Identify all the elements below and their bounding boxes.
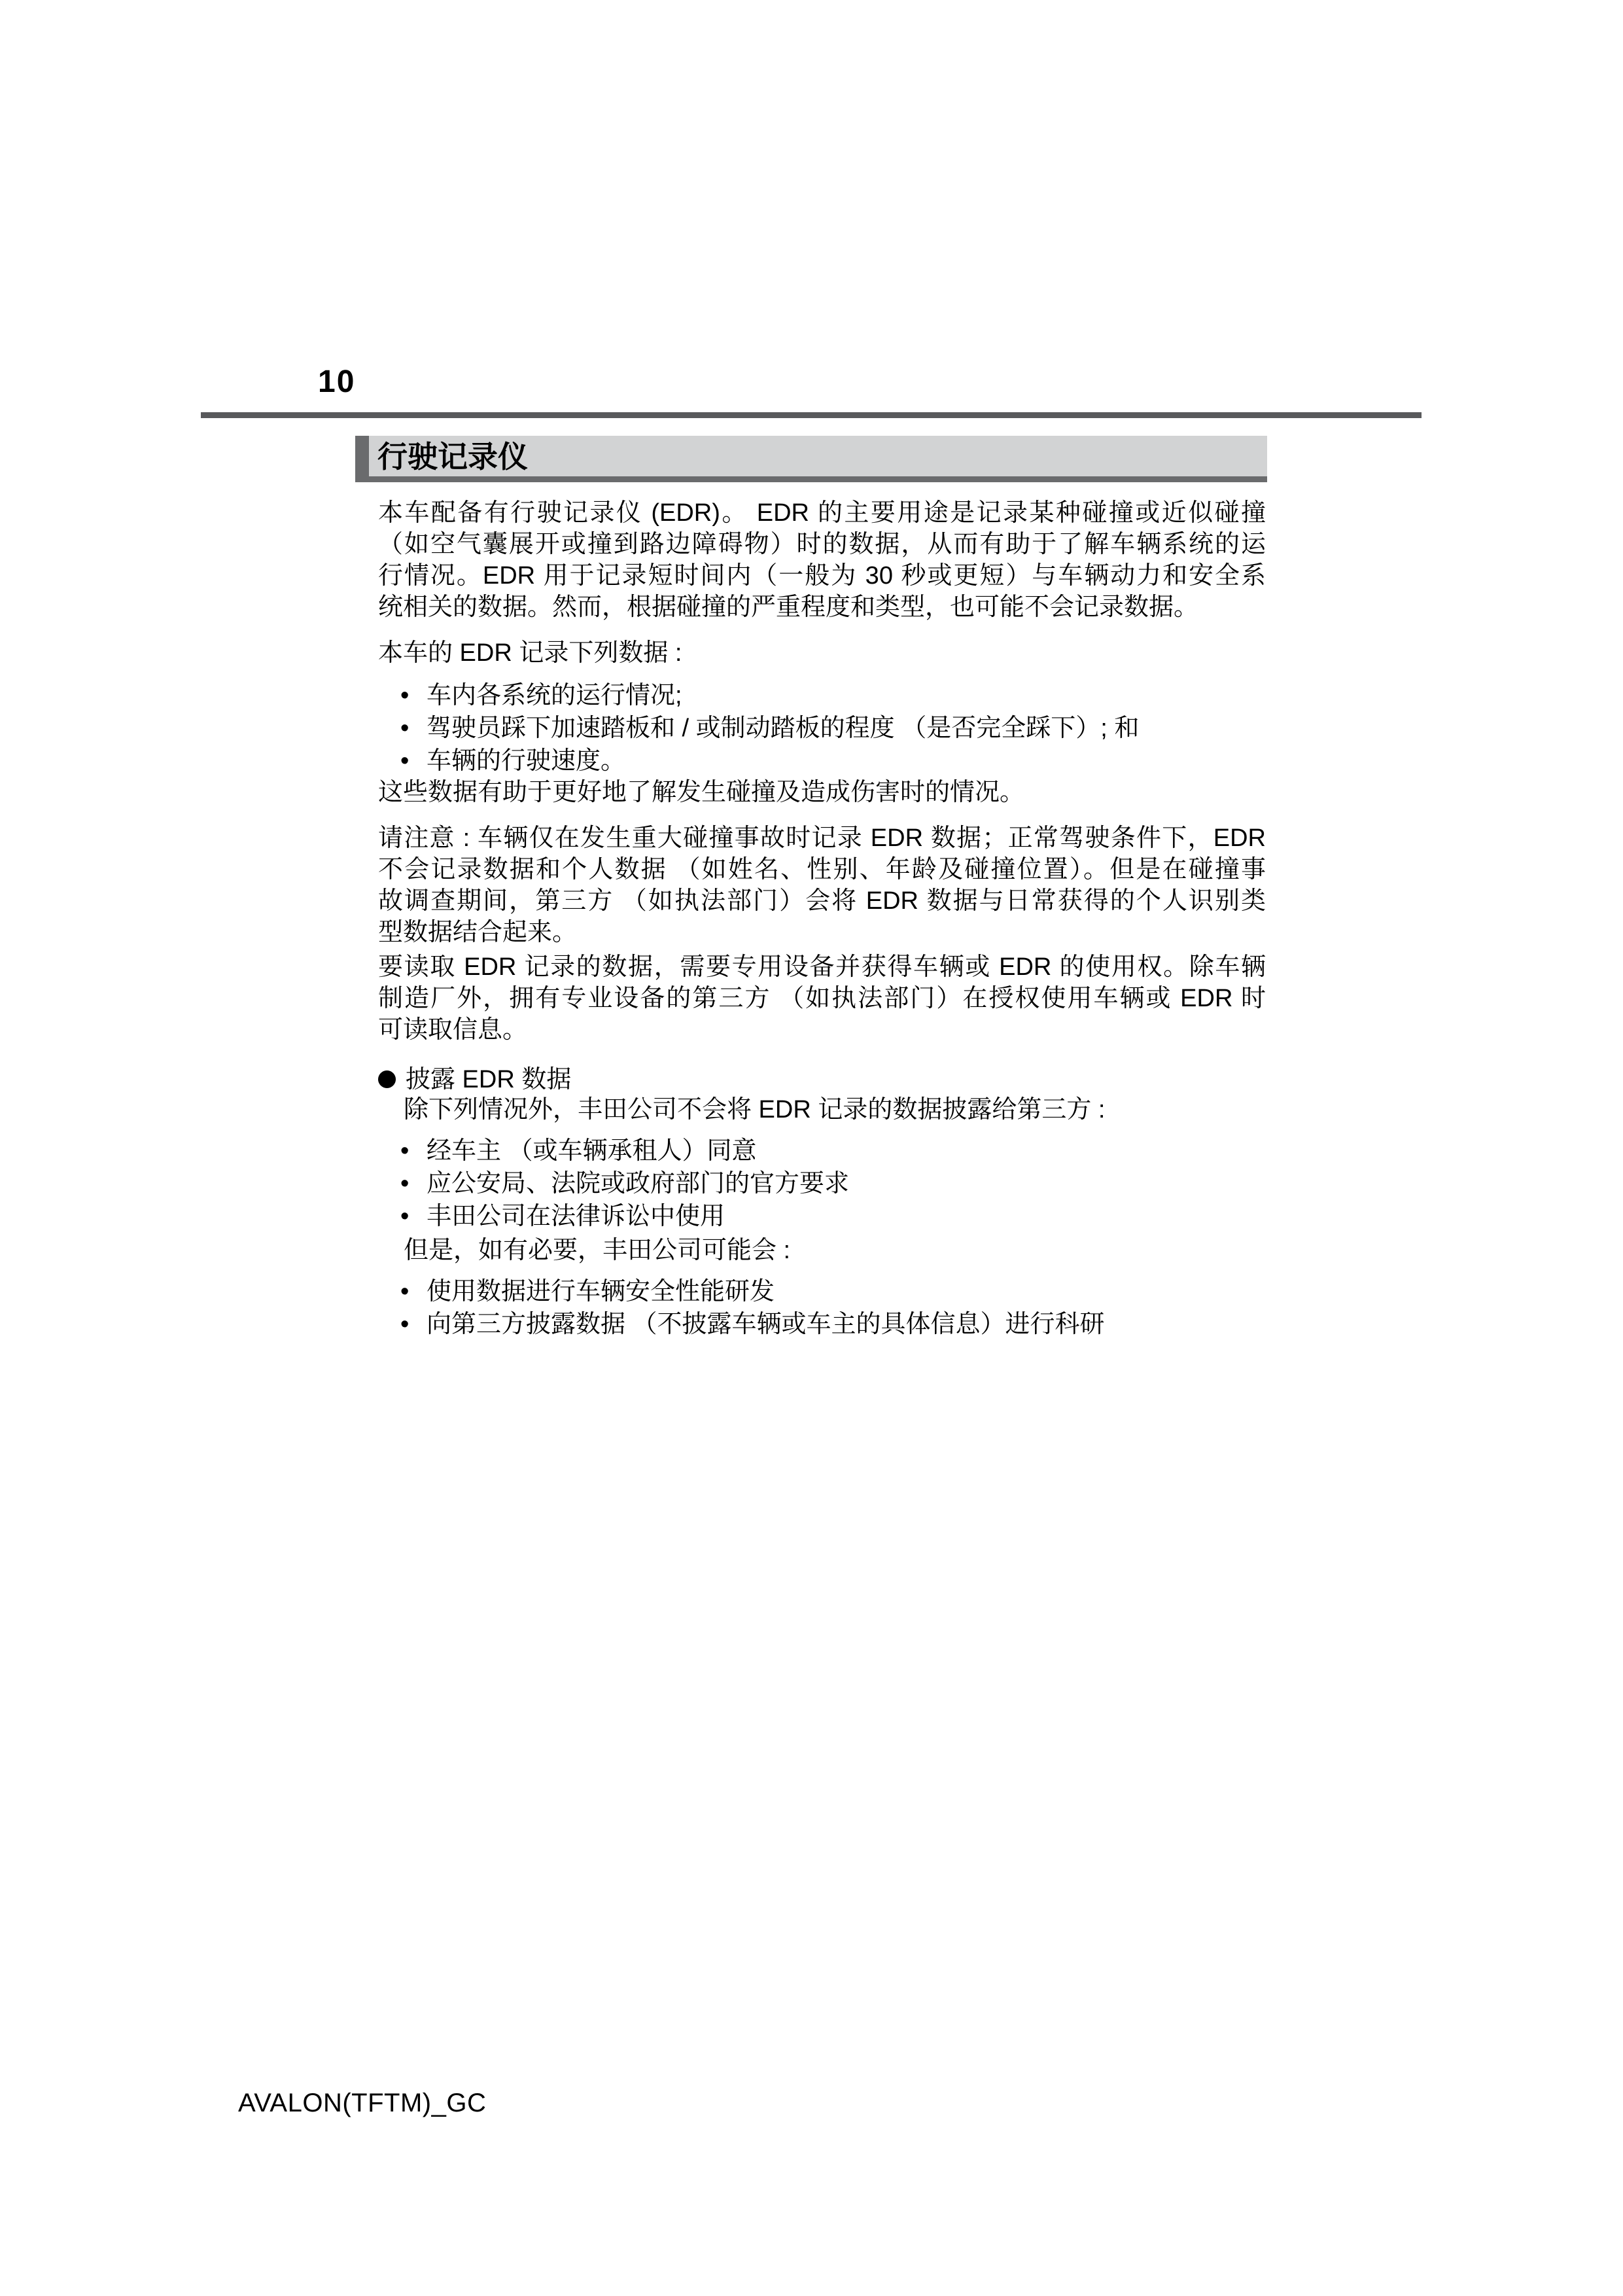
text-line: 制造厂外，拥有专业设备的第三方 （如执法部门）在授权使用车辆或 EDR 时 [378,983,1266,1014]
list-item: •车辆的行驶速度。 [378,745,1266,777]
section-header-accent-bar [355,436,369,482]
bullet-icon: • [400,1135,409,1167]
access-paragraph: 要读取 EDR 记录的数据，需要专用设备并获得车辆或 EDR 的使用权。除车辆制… [378,951,1266,1046]
disclosure-title: 披露 EDR 数据 [406,1064,1266,1096]
text-line: 但是，如有必要，丰田公司可能会 : [404,1235,1266,1266]
bullet-icon: • [400,1308,409,1341]
text-line: 除下列情况外，丰田公司不会将 EDR 记录的数据披露给第三方 : [404,1094,1266,1125]
list-item: •驾驶员踩下加速踏板和 / 或制动踏板的程度 （是否完全踩下）; 和 [378,712,1266,745]
manual-page: 10 行驶记录仪 本车配备有行驶记录仪 (EDR)。 EDR 的主要用途是记录某… [0,0,1623,2296]
list-item-text: 车辆的行驶速度。 [427,747,625,775]
bullet-icon: • [400,745,409,777]
bullet-icon: • [400,1275,409,1308]
bullet-icon: • [400,1200,409,1233]
text-line: （如空气囊展开或撞到路边障碍物）时的数据，从而有助于了解车辆系统的运 [378,529,1266,560]
record-list: •车内各系统的运行情况;•驾驶员踩下加速踏板和 / 或制动踏板的程度 （是否完全… [378,679,1266,777]
disclosure-intro: 除下列情况外，丰田公司不会将 EDR 记录的数据披露给第三方 : [404,1094,1266,1125]
disclosure-header: 披露 EDR 数据 [378,1064,1266,1096]
text-line: 要读取 EDR 记录的数据，需要专用设备并获得车辆或 EDR 的使用权。除车辆 [378,951,1266,983]
text-line: 型数据结合起来。 [378,917,1266,948]
disclosure-list: •经车主 （或车辆承租人）同意•应公安局、法院或政府部门的官方要求•丰田公司在法… [378,1135,1266,1233]
list-item: •经车主 （或车辆承租人）同意 [378,1135,1266,1167]
page-number: 10 [318,364,355,400]
text-line: 行情况。EDR 用于记录短时间内（一般为 30 秒或更短）与车辆动力和安全系 [378,560,1266,592]
text-line: 请注意 : 车辆仅在发生重大碰撞事故时记录 EDR 数据；正常驾驶条件下，EDR [378,822,1266,854]
text-line: 可读取信息。 [378,1014,1266,1046]
section-header-shadow [369,476,1267,482]
record-list-intro: 本车的 EDR 记录下列数据 : [378,637,1266,669]
header-divider [201,412,1422,418]
bullet-circle-icon [378,1070,396,1088]
section-header: 行驶记录仪 [355,436,1267,482]
list-item: •车内各系统的运行情况; [378,679,1266,712]
list-item: •应公安局、法院或政府部门的官方要求 [378,1167,1266,1200]
bullet-icon: • [400,712,409,745]
text-line: 这些数据有助于更好地了解发生碰撞及造成伤害时的情况。 [378,777,1266,808]
privacy-paragraph: 请注意 : 车辆仅在发生重大碰撞事故时记录 EDR 数据；正常驾驶条件下，EDR… [378,822,1266,948]
list-item-text: 使用数据进行车辆安全性能研发 [427,1278,775,1305]
text-line: 本车配备有行驶记录仪 (EDR)。 EDR 的主要用途是记录某种碰撞或近似碰撞 [378,497,1266,529]
section-title: 行驶记录仪 [377,436,528,476]
intro-paragraph: 本车配备有行驶记录仪 (EDR)。 EDR 的主要用途是记录某种碰撞或近似碰撞（… [378,497,1266,623]
footer-document-code: AVALON(TFTM)_GC [238,2089,486,2118]
bullet-icon: • [400,679,409,712]
text-line: 统相关的数据。然而，根据碰撞的严重程度和类型，也可能不会记录数据。 [378,592,1266,623]
list-item: •使用数据进行车辆安全性能研发 [378,1275,1266,1308]
disclosure-however-list: •使用数据进行车辆安全性能研发•向第三方披露数据 （不披露车辆或车主的具体信息）… [378,1275,1266,1341]
list-item-text: 经车主 （或车辆承租人）同意 [427,1137,757,1165]
record-list-note: 这些数据有助于更好地了解发生碰撞及造成伤害时的情况。 [378,777,1266,808]
text-line: 不会记录数据和个人数据 （如姓名、性别、年龄及碰撞位置）。但是在碰撞事 [378,854,1266,885]
list-item-text: 向第三方披露数据 （不披露车辆或车主的具体信息）进行科研 [427,1311,1105,1338]
list-item: •向第三方披露数据 （不披露车辆或车主的具体信息）进行科研 [378,1308,1266,1341]
list-item-text: 车内各系统的运行情况; [427,682,682,709]
text-line: 本车的 EDR 记录下列数据 : [378,637,1266,669]
list-item-text: 丰田公司在法律诉讼中使用 [427,1203,725,1230]
list-item: •丰田公司在法律诉讼中使用 [378,1200,1266,1233]
text-line: 故调查期间，第三方 （如执法部门）会将 EDR 数据与日常获得的个人识别类 [378,885,1266,917]
disclosure-however: 但是，如有必要，丰田公司可能会 : [404,1235,1266,1266]
bullet-icon: • [400,1167,409,1200]
list-item-text: 驾驶员踩下加速踏板和 / 或制动踏板的程度 （是否完全踩下）; 和 [427,715,1139,742]
list-item-text: 应公安局、法院或政府部门的官方要求 [427,1170,849,1197]
